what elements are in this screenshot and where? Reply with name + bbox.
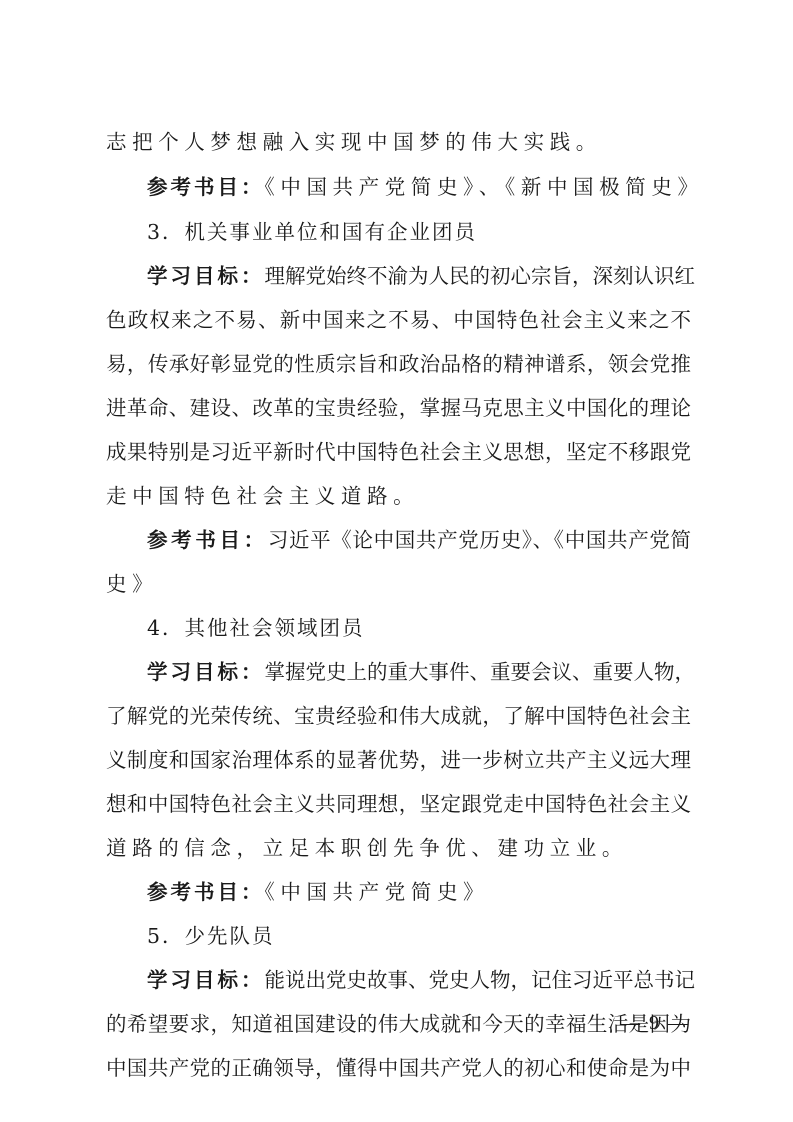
- heading-text: 4．其他社会领域团员: [147, 616, 365, 640]
- line-text: 中国共产党的正确领导，懂得中国共产党人的初心和使命是为中: [106, 1056, 691, 1080]
- reference-label: 参考书目：: [147, 880, 265, 904]
- paragraph-line: 进革命、建设、改革的宝贵经验，掌握马克思主义中国化的理论: [106, 396, 691, 420]
- line-text: 了解党的光荣传统、宝贵经验和伟大成就，了解中国特色社会主: [106, 704, 691, 728]
- reference-label: 参考书目：: [147, 175, 265, 199]
- paragraph-line: 易，传承好彰显党的性质宗旨和政治品格的精神谱系，领会党推: [106, 352, 691, 376]
- learning-goal-line: 学习目标：掌握党史上的重大事件、重要会议、重要人物，: [147, 660, 691, 684]
- goal-text: 能说出党史故事、党史人物，记住习近平总书记: [265, 968, 696, 992]
- reference-books-line: 参考书目：《中国共产党简史》、《新中国极简史》: [147, 175, 691, 199]
- reference-text: 《中国共产党简史》: [265, 880, 490, 904]
- section-heading-4: 4．其他社会领域团员: [147, 616, 691, 640]
- reference-text: 《中国共产党简史》、《新中国极简史》: [265, 175, 704, 199]
- section-heading-3: 3．机关事业单位和国有企业团员: [147, 220, 691, 244]
- line-text: 色政权来之不易、新中国来之不易、中国特色社会主义来之不: [106, 308, 691, 332]
- paragraph-line: 了解党的光荣传统、宝贵经验和伟大成就，了解中国特色社会主: [106, 704, 691, 728]
- line-text: 义制度和国家治理体系的显著优势，进一步树立共产主义远大理: [106, 748, 691, 772]
- learning-goal-line: 学习目标：理解党始终不渝为人民的初心宗旨，深刻认识红: [147, 264, 691, 288]
- paragraph-line: 的希望要求，知道祖国建设的伟大成就和今天的幸福生活是因为: [106, 1012, 691, 1036]
- paragraph-line: 想和中国特色社会主义共同理想，坚定跟党走中国特色社会主义: [106, 792, 691, 816]
- line-text: 成果特别是习近平新时代中国特色社会主义思想，坚定不移跟党: [106, 440, 691, 464]
- paragraph-line: 志把个人梦想融入实现中国梦的伟大实践。: [106, 130, 691, 154]
- goal-label: 学习目标：: [147, 968, 265, 992]
- reference-label: 参考书目：: [147, 528, 268, 552]
- learning-goal-line: 学习目标：能说出党史故事、党史人物，记住习近平总书记: [147, 968, 691, 992]
- heading-text: 3．机关事业单位和国有企业团员: [147, 220, 477, 244]
- line-text: 进革命、建设、改革的宝贵经验，掌握马克思主义中国化的理论: [106, 396, 691, 420]
- goal-text: 理解党始终不渝为人民的初心宗旨，深刻认识红: [265, 264, 696, 288]
- section-heading-5: 5．少先队员: [147, 924, 691, 948]
- page-number: — 9 —: [620, 1012, 690, 1035]
- heading-text: 5．少先队员: [147, 924, 275, 948]
- line-text: 史》: [106, 572, 158, 596]
- line-text: 想和中国特色社会主义共同理想，坚定跟党走中国特色社会主义: [106, 792, 691, 816]
- paragraph-line: 中国共产党的正确领导，懂得中国共产党人的初心和使命是为中: [106, 1056, 691, 1080]
- line-text: 的希望要求，知道祖国建设的伟大成就和今天的幸福生活是因为: [106, 1012, 691, 1036]
- goal-label: 学习目标：: [147, 660, 265, 684]
- line-text: 志把个人梦想融入实现中国梦的伟大实践。: [106, 130, 602, 154]
- line-text: 易，传承好彰显党的性质宗旨和政治品格的精神谱系，领会党推: [106, 352, 691, 376]
- line-text: 走中国特色社会主义道路。: [106, 484, 419, 508]
- paragraph-line: 走中国特色社会主义道路。: [106, 484, 691, 508]
- goal-label: 学习目标：: [147, 264, 265, 288]
- line-text: 道路的信念，立足本职创先争优、建功立业。: [106, 836, 628, 860]
- reference-text: 习近平《论中国共产党历史》、《中国共产党简: [268, 528, 691, 552]
- paragraph-line: 道路的信念，立足本职创先争优、建功立业。: [106, 836, 691, 860]
- reference-books-line: 参考书目：《中国共产党简史》: [147, 880, 691, 904]
- goal-text: 掌握党史上的重大事件、重要会议、重要人物，: [265, 660, 696, 684]
- paragraph-line: 成果特别是习近平新时代中国特色社会主义思想，坚定不移跟党: [106, 440, 691, 464]
- paragraph-line: 史》: [106, 572, 691, 596]
- paragraph-line: 义制度和国家治理体系的显著优势，进一步树立共产主义远大理: [106, 748, 691, 772]
- reference-books-line: 参考书目：习近平《论中国共产党历史》、《中国共产党简: [147, 528, 691, 552]
- paragraph-line: 色政权来之不易、新中国来之不易、中国特色社会主义来之不: [106, 308, 691, 332]
